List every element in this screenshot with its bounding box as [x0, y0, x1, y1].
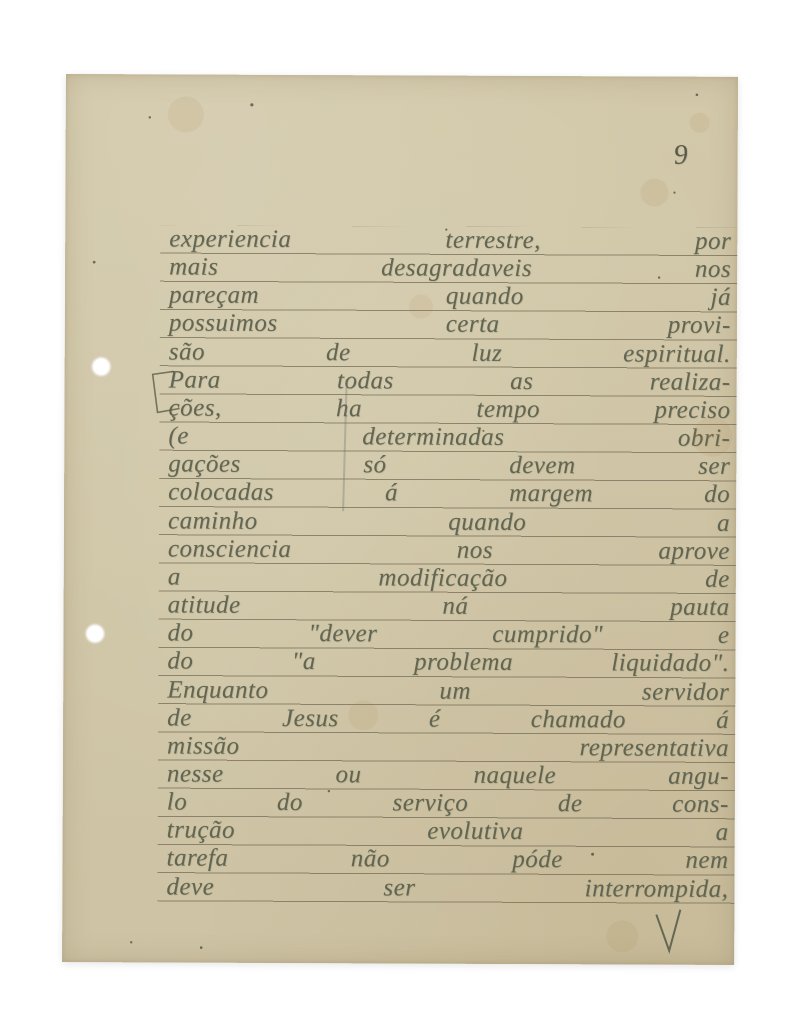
- manuscript-word: caminho: [168, 507, 258, 536]
- scan-canvas: 9 experienciaterrestre,pormaisdesagradav…: [0, 0, 808, 1024]
- manuscript-line: missãorepresentativa: [167, 732, 729, 763]
- manuscript-line: consciencianosaprove: [168, 535, 730, 566]
- manuscript-word: provi-: [668, 312, 731, 340]
- manuscript-word: gações: [168, 451, 241, 479]
- manuscript-word: nos: [695, 256, 731, 284]
- manuscript-word: do: [277, 789, 303, 817]
- manuscript-word: ná: [442, 593, 468, 621]
- manuscript-line: gaçõessódevemser: [168, 451, 730, 482]
- manuscript-word: cumprido": [492, 621, 603, 650]
- manuscript-word: experiencia: [169, 225, 291, 254]
- manuscript-line: colocadasámargemdo: [168, 479, 730, 510]
- manuscript-word: de: [705, 566, 730, 594]
- manuscript-line: do"devercumprido"e: [167, 620, 729, 651]
- manuscript-line: Enquantoumservidor: [167, 676, 729, 707]
- manuscript-word: um: [439, 677, 471, 705]
- manuscript-word: "a: [292, 648, 316, 676]
- manuscript-word: chamado: [531, 706, 626, 735]
- manuscript-word: nos: [457, 536, 493, 564]
- manuscript-word: por: [695, 228, 731, 256]
- manuscript-word: nem: [685, 847, 728, 875]
- manuscript-line: tarefanãopódenem: [167, 845, 729, 876]
- manuscript-word: devem: [509, 452, 575, 480]
- manuscript-word: problema: [414, 649, 513, 678]
- manuscript-word: consciencia: [168, 535, 292, 564]
- manuscript-word: ser: [698, 453, 730, 481]
- manuscript-word: a: [168, 563, 181, 591]
- manuscript-word: deve: [166, 873, 214, 901]
- manuscript-page: 9 experienciaterrestre,pormaisdesagradav…: [62, 74, 738, 965]
- manuscript-word: (e: [168, 423, 189, 451]
- manuscript-word: quando: [446, 283, 524, 311]
- manuscript-word: Jesus: [282, 705, 339, 733]
- manuscript-word: ções,: [168, 394, 221, 422]
- manuscript-line: atitudenápauta: [168, 591, 730, 622]
- manuscript-word: liquidado".: [611, 650, 729, 679]
- manuscript-word: ou: [335, 761, 361, 789]
- manuscript-word: atitude: [168, 591, 241, 619]
- manuscript-word: obri-: [678, 425, 731, 453]
- manuscript-word: as: [510, 368, 533, 396]
- manuscript-line: ções,hatempopreciso: [168, 394, 730, 425]
- manuscript-word: possuimos: [169, 310, 278, 339]
- manuscript-line: caminhoquandoa: [168, 507, 730, 538]
- manuscript-line: deveserinterrompida,: [166, 873, 728, 904]
- manuscript-word: são: [169, 338, 205, 366]
- manuscript-word: todas: [337, 367, 394, 395]
- hole-punch-bottom: [87, 625, 104, 642]
- manuscript-word: preciso: [654, 397, 730, 425]
- manuscript-word: nesse: [167, 760, 224, 788]
- manuscript-line: experienciaterrestre,por: [169, 225, 731, 256]
- manuscript-word: a: [717, 509, 730, 537]
- manuscript-lines: experienciaterrestre,pormaisdesagradavei…: [166, 225, 731, 903]
- manuscript-word: determinadas: [362, 423, 504, 452]
- manuscript-word: colocadas: [168, 479, 274, 508]
- manuscript-word: de: [326, 339, 351, 367]
- manuscript-word: realiza-: [650, 368, 731, 397]
- manuscript-line: pareçamquandojá: [169, 282, 731, 313]
- manuscript-word: de: [167, 704, 192, 732]
- page-number: 9: [673, 137, 715, 172]
- manuscript-line: (edeterminadasobri-: [168, 423, 730, 454]
- manuscript-word: quando: [448, 508, 526, 536]
- manuscript-word: margem: [509, 480, 593, 509]
- manuscript-word: já: [710, 284, 731, 312]
- manuscript-word: espiritual.: [623, 340, 731, 369]
- manuscript-word: tarefa: [167, 845, 229, 873]
- check-mark: [656, 910, 680, 951]
- manuscript-line: truçãoevolutivaa: [167, 817, 729, 848]
- manuscript-word: á: [385, 480, 398, 508]
- manuscript-word: tempo: [476, 396, 540, 424]
- manuscript-word: Para: [169, 366, 221, 394]
- manuscript-word: cons-: [672, 791, 729, 819]
- manuscript-word: evolutiva: [427, 818, 523, 847]
- hole-punch-top: [93, 358, 110, 375]
- manuscript-line: lodoserviçodecons-: [167, 789, 729, 820]
- manuscript-word: e: [718, 622, 730, 650]
- manuscript-word: missão: [167, 732, 240, 760]
- manuscript-word: angu-: [668, 763, 729, 791]
- manuscript-word: pareçam: [169, 282, 259, 311]
- manuscript-line: sãodeluzespiritual.: [169, 338, 731, 369]
- manuscript-word: do: [167, 620, 193, 648]
- manuscript-word: naquele: [473, 762, 556, 791]
- manuscript-word: á: [716, 706, 729, 734]
- manuscript-word: desagradaveis: [381, 255, 532, 284]
- manuscript-word: de: [558, 790, 583, 818]
- manuscript-word: luz: [471, 339, 502, 367]
- manuscript-word: do: [167, 648, 193, 676]
- manuscript-line: maisdesagradaveisnos: [169, 254, 731, 285]
- manuscript-word: lo: [167, 789, 188, 817]
- manuscript-word: mais: [169, 254, 218, 282]
- manuscript-line: nesseounaqueleangu-: [167, 760, 729, 791]
- manuscript-line: amodificaçãode: [168, 563, 730, 594]
- manuscript-word: aprove: [658, 537, 730, 565]
- manuscript-word: não: [351, 846, 390, 874]
- manuscript-word: terrestre,: [445, 227, 541, 256]
- manuscript-word: ser: [383, 874, 415, 902]
- manuscript-line: deJesuséchamadoá: [167, 704, 729, 735]
- manuscript-word: representativa: [579, 734, 729, 763]
- manuscript-word: serviço: [392, 790, 468, 818]
- manuscript-word: a: [716, 819, 729, 847]
- manuscript-word: trução: [167, 817, 235, 845]
- manuscript-word: servidor: [642, 678, 729, 707]
- manuscript-word: interrompida,: [585, 875, 729, 904]
- manuscript-line: Paratodasasrealiza-: [169, 366, 731, 397]
- manuscript-word: ha: [336, 395, 362, 423]
- manuscript-word: Enquanto: [167, 676, 268, 705]
- manuscript-line: do"aproblemaliquidado".: [167, 648, 729, 679]
- manuscript-word: "dever: [308, 620, 377, 648]
- manuscript-word: só: [363, 452, 386, 480]
- manuscript-word: póde: [512, 846, 563, 874]
- manuscript-line: possuimoscertaprovi-: [169, 310, 731, 341]
- manuscript-word: certa: [446, 311, 500, 339]
- manuscript-word: é: [429, 705, 441, 733]
- manuscript-word: modificação: [378, 564, 507, 593]
- manuscript-word: pauta: [670, 594, 730, 622]
- manuscript-word: do: [704, 481, 730, 509]
